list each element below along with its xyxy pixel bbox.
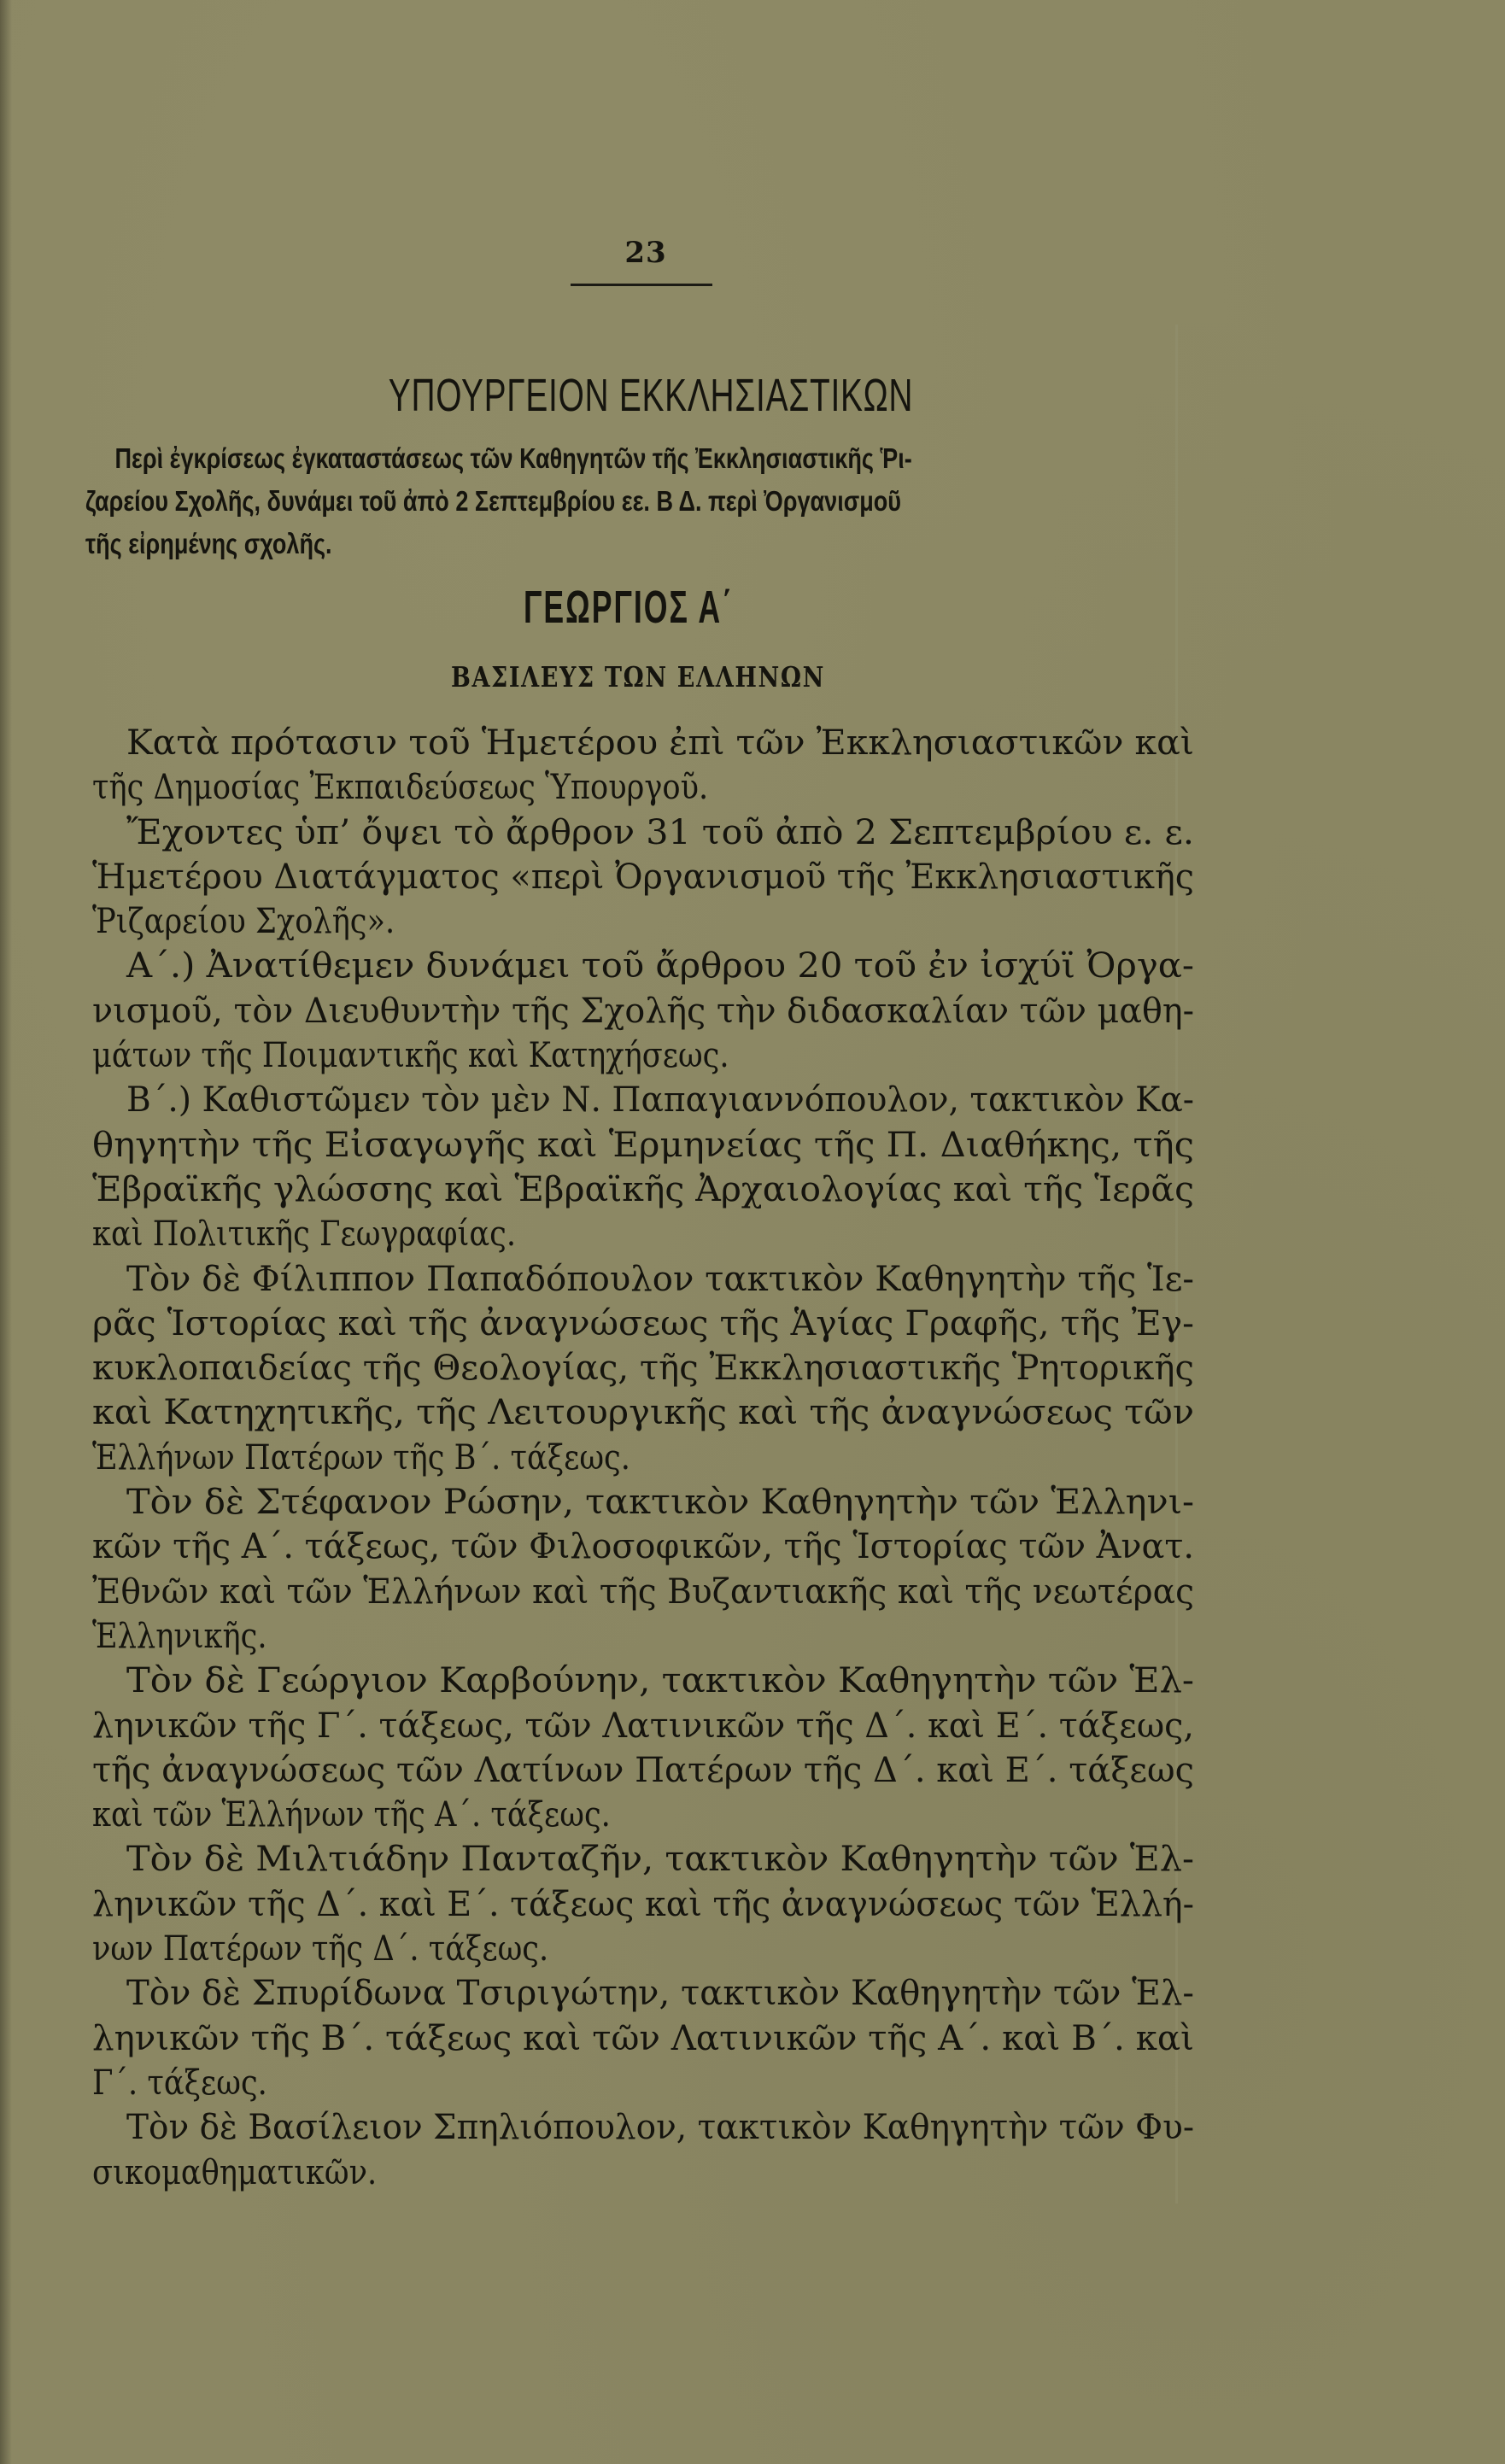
decree-body-line: καὶ Πολιτικῆς Γεωγραφίας. [92,1212,1062,1256]
decree-body-line: Ἔχοντες ὑπ’ ὄψει τὸ ἄρθρον 31 τοῦ ἀπὸ 2 … [91,811,1227,855]
decree-body-line: Τὸν δὲ Μιλτιάδην Πανταζῆν, τακτικὸν Καθη… [91,1837,1233,1882]
decree-body-line: κῶν τῆς Α΄. τάξεως, τῶν Φιλοσοφικῶν, τῆς… [92,1525,1187,1569]
decree-body-line: νισμοῦ, τὸν Διευθυντὴν τῆς Σχολῆς τὴν δι… [92,989,1183,1033]
decree-summary-line: τῆς εἰρημένης σχολῆς. [85,523,996,565]
decree-body-line: Κατὰ πρότασιν τοῦ Ἡμετέρου ἐπὶ τῶν Ἐκκλη… [91,721,1222,765]
decree-body-line: Ἡμετέρου Διατάγματος «περὶ Ὀργανισμοῦ τῆ… [92,855,1186,899]
decree-body-line: ρᾶς Ἱστορίας καὶ τῆς ἀναγνώσεως τῆς Ἁγία… [92,1302,1221,1346]
decree-body-line: Ἑβραϊκῆς γλώσσης καὶ Ἑβραϊκῆς Ἀρχαιολογί… [92,1168,1220,1212]
decree-body-line: Τὸν δὲ Σπυρίδωνα Τσιριγώτην, τακτικὸν Κα… [92,1971,1199,2016]
page-number: 23 [0,236,1291,270]
decree-body-line: ληνικῶν τῆς Γ΄. τάξεως, τῶν Λατινικῶν τῆ… [92,1704,1185,1748]
king-title-heading: ΒΑΣΙΛΕΥΣ ΤΩΝ ΕΛΛΗΝΩΝ [114,660,1161,694]
ministry-title: ΥΠΟΥΡΓΕΙΟΝ ΕΚΚΛΗΣΙΑΣΤΙΚΩΝ [389,372,893,418]
decree-body-line: Β΄.) Καθιστῶμεν τὸν μὲν Ν. Παπαγιαννόπου… [93,1078,1171,1122]
decree-body-line: ληνικῶν τῆς Β΄. τάξεως καὶ τῶν Λατινικῶν… [92,2016,1203,2061]
decree-body-line: ληνικῶν τῆς Δ΄. καὶ Ε΄. τάξεως καὶ τῆς ἀ… [92,1882,1182,1927]
decree-body-line: καὶ Κατηχητικῆς, τῆς Λειτουργικῆς καὶ τῆ… [92,1390,1233,1435]
decree-body-line: μάτων τῆς Ποιμαντικῆς καὶ Κατηχήσεως. [92,1033,1062,1078]
decree-body-line: νων Πατέρων τῆς Δ΄. τάξεως. [92,1927,1062,1971]
decree-body-line: Τὸν δὲ Βασίλειον Σπηλιόπουλον, τακτικὸν … [93,2105,1168,2150]
page-number-rule [571,284,712,286]
decree-body-line: Γ΄. τάξεως. [92,2061,1062,2105]
decree-body-line: τῆς Δημοσίας Ἐκπαιδεύσεως Ὑπουργοῦ. [92,765,1062,810]
decree-summary-line: ζαρείου Σχολῆς, δυνάμει τοῦ ἀπὸ 2 Σεπτεμ… [85,480,996,523]
decree-body-line: Α΄.) Ἀνατίθεμεν δυνάμει τοῦ ἄρθρου 20 το… [91,944,1239,988]
decree-summary-line: Περὶ ἐγκρίσεως ἐγκαταστάσεως τῶν Καθηγητ… [85,437,996,480]
decree-body-line: Ἐθνῶν καὶ τῶν Ἑλλήνων καὶ τῆς Βυζαντιακῆ… [92,1570,1170,1614]
decree-body-line: τῆς ἀναγνώσεως τῶν Λατίνων Πατέρων τῆς Δ… [92,1748,1193,1793]
decree-body-line: Ἑλληνικῆς. [92,1614,1062,1659]
decree-body: Κατὰ πρότασιν τοῦ Ἡμετέρου ἐπὶ τῶν Ἐκκλη… [92,721,1194,2195]
decree-body-line: Τὸν δὲ Γεώργιον Καρβούνην, τακτικὸν Καθη… [91,1659,1239,1703]
decree-body-line: Τὸν δὲ Στέφανον Ρώσην, τακτικὸν Καθηγητὴ… [91,1480,1233,1525]
decree-body-line: Ῥιζαρείου Σχολῆς». [92,899,1062,944]
decree-body-line: Τὸν δὲ Φίλιππον Παπαδόπουλον τακτικὸν Κα… [92,1257,1200,1302]
decree-body-line: κυκλοπαιδείας τῆς Θεολογίας, τῆς Ἐκκλησι… [92,1346,1199,1390]
decree-body-line: θηγητὴν τῆς Εἰσαγωγῆς καὶ Ἑρμηνείας τῆς … [92,1123,1243,1168]
decree-body-line: καὶ τῶν Ἑλλήνων τῆς Α΄. τάξεως. [92,1793,1062,1837]
decree-body-line: σικομαθηματικῶν. [92,2151,1062,2195]
decree-body-line: Ἑλλήνων Πατέρων τῆς Β΄. τάξεως. [92,1436,1062,1480]
decree-summary: Περὶ ἐγκρίσεως ἐγκαταστάσεως τῶν Καθηγητ… [85,437,1196,565]
king-name-heading: ΓΕΩΡΓΙΟΣ Α΄ [214,583,1044,631]
